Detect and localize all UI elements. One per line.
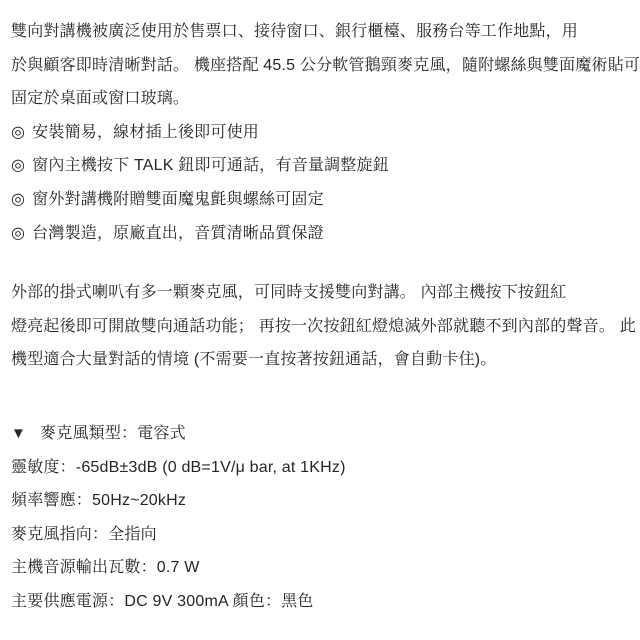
usage-line: 燈亮起後即可開啟雙向通話功能； 再按一次按鈕紅燈熄滅外部就聽不到內部的聲音。 此 xyxy=(11,310,628,344)
feature-text: 台灣製造，原廠直出，音質清晰品質保證 xyxy=(32,225,324,242)
spec-row-output-wattage: 主機音源輸出瓦數：0.7 W xyxy=(11,551,628,585)
usage-paragraph: 外部的掛式喇叭有多一顆麥克風，可同時支援雙向對講。 內部主機按下按鈕紅 燈亮起後… xyxy=(11,276,628,377)
circle-bullet-icon: ◎ xyxy=(11,149,25,183)
feature-item: ◎安裝簡易，線材插上後即可使用 xyxy=(11,116,628,150)
usage-line: 外部的掛式喇叭有多一顆麥克風，可同時支援雙向對講。 內部主機按下按鈕紅 xyxy=(11,276,628,310)
spec-row-sensitivity: 靈敏度：-65dB±3dB (0 dB=1V/μ bar, at 1KHz) xyxy=(11,451,628,485)
circle-bullet-icon: ◎ xyxy=(11,116,25,150)
spec-header-text: 麥克風類型：電容式 xyxy=(40,425,186,442)
feature-text: 安裝簡易，線材插上後即可使用 xyxy=(32,124,259,141)
spec-row-frequency-response: 頻率響應：50Hz~20kHz xyxy=(11,484,628,518)
feature-list: ◎安裝簡易，線材插上後即可使用 ◎窗內主機按下 TALK 鈕即可通話，有音量調整… xyxy=(11,116,628,250)
usage-line: 機型適合大量對話的情境 (不需要一直按著按鈕通話，會自動卡住)。 xyxy=(11,343,628,377)
spec-row-polar-pattern: 麥克風指向：全指向 xyxy=(11,518,628,552)
intro-line: 固定於桌面或窗口玻璃。 xyxy=(11,82,628,116)
spec-section: ▼麥克風類型：電容式 靈敏度：-65dB±3dB (0 dB=1V/μ bar,… xyxy=(11,417,628,619)
feature-text: 窗內主機按下 TALK 鈕即可通話，有音量調整旋鈕 xyxy=(32,157,389,174)
feature-item: ◎窗內主機按下 TALK 鈕即可通話，有音量調整旋鈕 xyxy=(11,149,628,183)
circle-bullet-icon: ◎ xyxy=(11,183,25,217)
feature-text: 窗外對講機附贈雙面魔鬼氈與螺絲可固定 xyxy=(32,191,324,208)
feature-item: ◎窗外對講機附贈雙面魔鬼氈與螺絲可固定 xyxy=(11,183,628,217)
spec-row-power-supply-color: 主要供應電源：DC 9V 300mA 顏色：黑色 xyxy=(11,585,628,619)
feature-item: ◎台灣製造，原廠直出，音質清晰品質保證 xyxy=(11,217,628,251)
intro-paragraph: 雙向對講機被廣泛使用於售票口、接待窗口、銀行櫃檯、服務台等工作地點，用 於與顧客… xyxy=(11,15,628,116)
circle-bullet-icon: ◎ xyxy=(11,217,25,251)
intro-line: 雙向對講機被廣泛使用於售票口、接待窗口、銀行櫃檯、服務台等工作地點，用 xyxy=(11,15,628,49)
triangle-marker-icon: ▼ xyxy=(11,417,26,451)
spec-header-row: ▼麥克風類型：電容式 xyxy=(11,417,628,451)
product-description-page: 雙向對講機被廣泛使用於售票口、接待窗口、銀行櫃檯、服務台等工作地點，用 於與顧客… xyxy=(0,0,640,619)
intro-line: 於與顧客即時清晰對話。 機座搭配 45.5 公分軟管鵝頸麥克風，隨附螺絲與雙面魔… xyxy=(11,49,628,83)
